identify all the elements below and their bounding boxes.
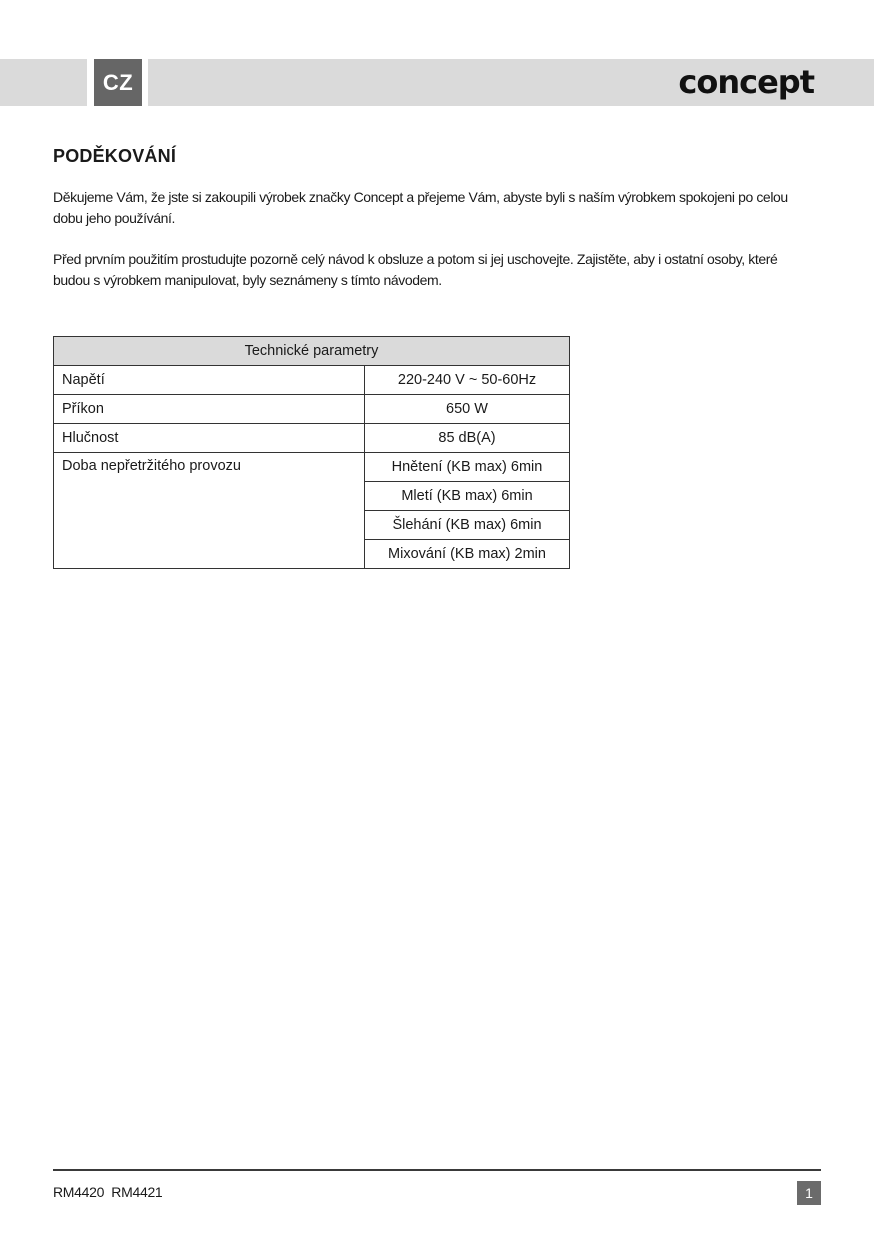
brand-logo: concept (678, 62, 814, 102)
table-heading: Technické parametry (54, 337, 570, 366)
param-value: Hnětení (KB max) 6min (365, 453, 570, 482)
param-value: 220-240 V ~ 50-60Hz (365, 366, 570, 395)
page-number: 1 (797, 1181, 821, 1205)
language-badge: CZ (94, 59, 142, 106)
param-value: 85 dB(A) (365, 424, 570, 453)
technical-parameters-table: Technické parametry Napětí 220-240 V ~ 5… (53, 336, 570, 569)
param-label: Hlučnost (54, 424, 365, 453)
section-title: PODĚKOVÁNÍ (53, 146, 176, 167)
footer-divider (53, 1169, 821, 1171)
table-row: Hlučnost 85 dB(A) (54, 424, 570, 453)
table-row: Doba nepřetržitého provozu Hnětení (KB m… (54, 453, 570, 482)
table-header-row: Technické parametry (54, 337, 570, 366)
param-label: Doba nepřetržitého provozu (54, 453, 365, 569)
intro-paragraph: Děkujeme Vám, že jste si zakoupili výrob… (53, 187, 813, 229)
instructions-paragraph: Před prvním použitím prostudujte pozorně… (53, 249, 813, 291)
param-label: Příkon (54, 395, 365, 424)
table-row: Napětí 220-240 V ~ 50-60Hz (54, 366, 570, 395)
param-value: 650 W (365, 395, 570, 424)
model-numbers: RM4420 RM4421 (53, 1184, 162, 1200)
header-bar-left (0, 59, 87, 106)
table-row: Příkon 650 W (54, 395, 570, 424)
param-label: Napětí (54, 366, 365, 395)
param-value: Šlehání (KB max) 6min (365, 511, 570, 540)
param-value: Mletí (KB max) 6min (365, 482, 570, 511)
param-value: Mixování (KB max) 2min (365, 540, 570, 569)
